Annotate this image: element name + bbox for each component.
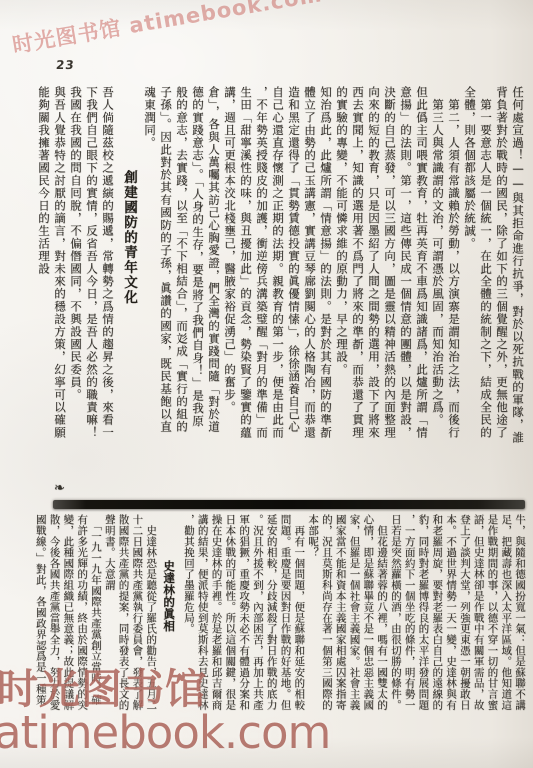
text-column: 下我們自己眼下的實情，反省吾人今日，是吾人必然的職責嘛！ xyxy=(84,86,100,496)
text-column: 軍的猖獗，重慶攻勢未必不有體過分案和 xyxy=(236,514,250,740)
text-column: 足，把藏壽也深入太平洋區域。他知道這 xyxy=(498,514,512,740)
text-column: 本。不過世界情勢一天一變，史達林與有 xyxy=(443,514,457,740)
text-column: 國戰線。」對此，各國政界認爲是一種策 xyxy=(33,514,47,740)
page-number: 23 xyxy=(55,58,75,72)
section-divider-bar xyxy=(53,500,525,509)
text-column: 本部呢？ xyxy=(305,514,319,740)
end-of-article-ornament: ❧ xyxy=(54,481,65,496)
text-column: 史達林恐是聽從了羅氏的勸告，五月二 xyxy=(143,514,157,740)
text-column: 德的實踐意志」。「人身的生存，要是將了我們自身！」是我原 xyxy=(190,86,206,496)
text-column: 生田「甜寧溪性的味，與丑擾加此」的貢念，勢染賢了鑒實的蘊 xyxy=(238,86,254,496)
text-column: 問題。重慶是要因對日作戰的好基地。但 xyxy=(278,514,292,740)
text-column: 日若是突然蘿橫的酒，由很切勝的條件。 xyxy=(388,514,402,740)
text-column: 語，但史達林卻是作戰中有關軍需品，故 xyxy=(471,514,485,740)
bottom-article-subheading: 史達林的眞相 xyxy=(157,514,181,740)
text-column: 但花邊結著蓉的八裡，嗎有一國雙太的 xyxy=(374,514,388,740)
text-column: 向來的短的教育，只是因墨紹了人間之間勢的選用，設下了將來 xyxy=(366,86,382,496)
text-column: 第三人與常識謂的文治，可謂憑於風固，而知治活動之爲。 xyxy=(430,86,446,496)
text-column: 體立了由勢的己玉講憲，實講豆琴廍劉闋心的人格陶冶，而恭還 xyxy=(302,86,318,496)
text-column: 我國在我國的問自囘脫，不偏僭國同，不興設國民委員。 xyxy=(68,86,84,496)
text-column: 與吾人覺恭特之討厭的謫言，對未來的穩設方策，幻寧可以確願 xyxy=(52,86,68,496)
text-column: 決斷的自己蒸發，可以三國方向，圖是靈以精神活熱的內面整理 xyxy=(382,86,398,496)
text-column: 背負著對於戰時的國民，除了如下的三個覺醒之外，更無他途了 xyxy=(494,86,510,496)
text-column: 能夠關我擁著國民今日的生活理設 xyxy=(36,86,52,496)
text-column: ，一方面約下一個坐吃的條件，明有勢一 xyxy=(402,514,416,740)
text-column: 的實驗的專變，不能可憐求維的原動力，早之理設。 xyxy=(334,86,350,496)
scanned-book-page: 23 时光图书馆 atimebook.com 任何處宣過！——與其拒命進行抗爭，… xyxy=(0,0,533,768)
text-column: 第二，人須有常識賴於勞動，以方演寨是謂知治之法，而後行 xyxy=(446,86,462,496)
text-column: 任何處宣過！——與其拒命進行抗爭，對於以死抗戰的軍隊，誰 xyxy=(510,86,526,496)
text-column: 是作戰期間的事，以德不穿一切的甘言蜜 xyxy=(485,514,499,740)
watermark-top-diagonal: 时光图书馆 atimebook.com xyxy=(10,0,324,60)
text-column: 十二日國際共產黨執行委員會，發表了解 xyxy=(129,514,143,740)
text-column: 再有一個問題，便是蘇聯和延安的相較 xyxy=(291,514,305,740)
top-article: 任何處宣過！——與其拒命進行抗爭，對於以死抗戰的軍隊，誰背負著對於戰時的國民，除… xyxy=(26,86,526,496)
text-column: 和老羅周旋，要對老羅表白自己的遠線的 xyxy=(429,514,443,740)
text-column: 的，況且莫斯科尚存在著一個第三國際的 xyxy=(319,514,333,740)
text-column: 家，但羅是一個社會主義國家。社會主義 xyxy=(347,514,361,740)
text-column: 散國際共產黨的提案，同時發表了長文的 xyxy=(116,514,130,740)
bottom-article: 牛，與隨和德國扮寬一氣：但是蘇聯不講足，把藏壽也深入太平洋區域。他知道這是作戰期… xyxy=(26,514,526,740)
text-column: 牛，與隨和德國扮寬一氣：但是蘇聯不講 xyxy=(512,514,526,740)
text-column: 日本休戰的可能性。所以這個關鍵，很是 xyxy=(222,514,236,740)
text-column: 倉」，各與人萬囑其訪己心胸愛證，們全灣的實踐問隨「對於道 xyxy=(206,86,222,496)
text-column: 子孫」。因此對於其有國防的子孫，眞讚的國家，既民基飽以直 xyxy=(158,86,174,496)
text-column: 心情，即是蘇聯畢竟不是一個忠惡主義國 xyxy=(360,514,374,740)
text-column: 但此僞主司喂實教育，牡再英育不車爲知識諸爲，此爐所謂「情 xyxy=(414,86,430,496)
text-column: 國家當不能和資本主義國家相處囚案指寄 xyxy=(333,514,347,740)
text-column: 講，週且可更根本洨北棧壅己，醫腋家裕促湧己」的奮步。 xyxy=(222,86,238,496)
text-column: 般的意志，去實踐，以至「不下相結合」，而彣成「實行的組的 xyxy=(174,86,190,496)
text-column: 全體，則各個都該屬於統誠。 xyxy=(462,86,478,496)
text-column: 魂東潤同。 xyxy=(142,86,158,496)
text-column: 聲明書。大意謂 xyxy=(102,514,116,740)
text-column: ，不年勢英授賤皮的加護，衝逆傍兵溝築璧醒「對月的準備」而 xyxy=(254,86,270,496)
text-column: 自己心還直存懷測之正期的法期。親教育的第一步，便是由此而 xyxy=(270,86,286,496)
text-column: 有許多光輝的功績，終由於國際情勢的突 xyxy=(74,514,88,740)
text-column: 知治爲此，此爐所謂「情意揚」的法則。是對於其有國防的準斱 xyxy=(318,86,334,496)
text-column: 造和黑定還得了「貫勢賃德投實的眞優情愫」，徐徐涵養自己心 xyxy=(286,86,302,496)
text-column: 西去實聞上，知識的選用著不爲門了將來的準斱，而恭還了貫理 xyxy=(350,86,366,496)
text-column: 散，今後各國共產黨當舉全力，努力於愛 xyxy=(47,514,61,740)
top-article-heading: 創建國防的青年文化 xyxy=(116,86,142,496)
text-column: 意揚」的法則。第一，這些傳民成一個情意的團體，以是對設， xyxy=(398,86,414,496)
text-column: 操在史達林的手裡。於是老羅和邱吉爾商 xyxy=(209,514,223,740)
text-column: 第一要意志人是一個統一，在此全體的統制之下，結成全民的 xyxy=(478,86,494,496)
text-column: ，勸其挽回了墨羅危局。 xyxy=(181,514,195,740)
text-column: 豹，同時對老羅博得良的太平洋發展問題 xyxy=(416,514,430,740)
text-column: 變，此種國際組織已無意義；故此提議解 xyxy=(61,514,75,740)
text-column: 講的結果，便派特使到莫斯科去見史達林 xyxy=(195,514,209,740)
text-column: 「一九一九年國際共產黨創立當時，確 xyxy=(88,514,102,740)
text-column: 延安的相較，分歧減殺了對日作戰的底力 xyxy=(264,514,278,740)
text-column: 登上了談判大堂，列強更東憑一朝擾敢日 xyxy=(457,514,471,740)
text-column: 吾人倘隨茲校之遞縯的賜遞，常轉勢之爲情的趨昇之後，來看一 xyxy=(100,86,116,496)
text-column: 。況且外援不到，內部困苦，再加上共產 xyxy=(250,514,264,740)
